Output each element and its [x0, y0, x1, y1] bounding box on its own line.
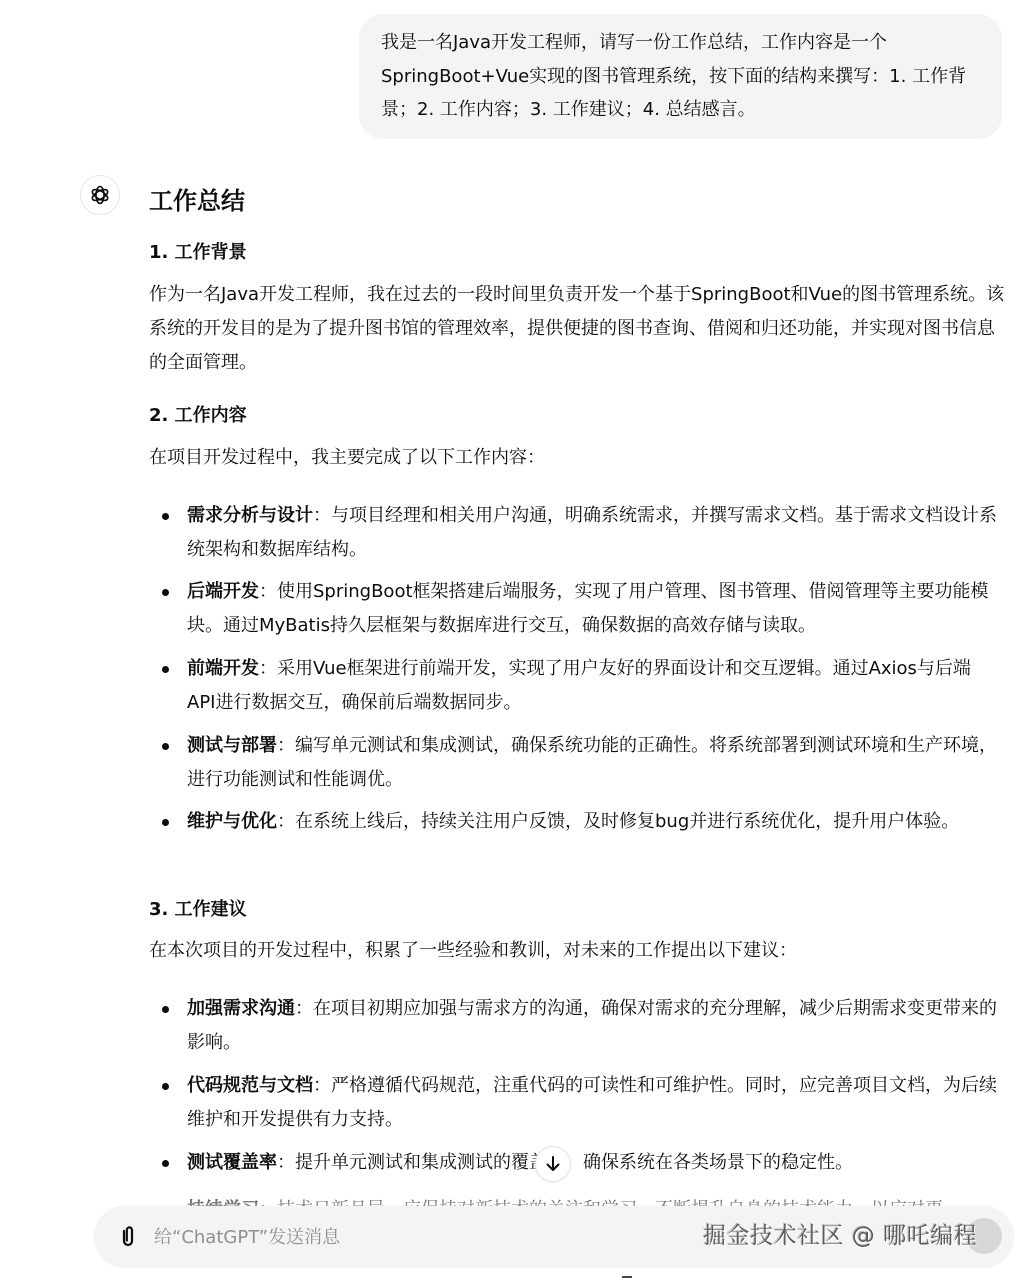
user-message-bubble: 我是一名Java开发工程师，请写一份工作总结，工作内容是一个SpringBoot…: [359, 14, 1002, 139]
list-item-text: ：采用Vue框架进行前端开发，实现了用户友好的界面设计和交互逻辑。通过Axios…: [187, 658, 971, 713]
scroll-to-bottom-button[interactable]: [535, 1146, 571, 1182]
bullet-dot: [162, 743, 169, 750]
list-item-text: ：编写单元测试和集成测试，确保系统功能的正确性。将系统部署到测试环境和生产环境，…: [187, 735, 997, 790]
bullet-dot: [162, 666, 169, 673]
list-item-label: 维护与优化: [187, 811, 277, 832]
send-button[interactable]: [966, 1218, 1002, 1254]
section-heading-suggestions: 3. 工作建议: [149, 895, 247, 925]
message-composer: [94, 1206, 1014, 1268]
list-item: 维护与优化：在系统上线后，持续关注用户反馈，及时修复bug并进行系统优化，提升用…: [149, 805, 1009, 839]
list-item-label: 后端开发: [187, 581, 259, 602]
arrow-down-icon: [544, 1155, 562, 1173]
list-item: 需求分析与设计：与项目经理和相关用户沟通，明确系统需求，并撰写需求文档。基于需求…: [149, 499, 1009, 567]
list-item-label: 需求分析与设计: [187, 505, 313, 526]
section-paragraph-background: 作为一名Java开发工程师，我在过去的一段时间里负责开发一个基于SpringBo…: [149, 278, 1009, 380]
bullet-dot: [162, 513, 169, 520]
section-paragraph-suggestions: 在本次项目的开发过程中，积累了一些经验和教训，对未来的工作提出以下建议：: [149, 934, 1009, 968]
user-message-text: 我是一名Java开发工程师，请写一份工作总结，工作内容是一个SpringBoot…: [381, 32, 966, 120]
list-item-text: ：使用SpringBoot框架搭建后端服务，实现了用户管理、图书管理、借阅管理等…: [187, 581, 989, 636]
list-item-label: 代码规范与文档: [187, 1075, 313, 1096]
bullet-dot: [162, 589, 169, 596]
list-item-label: 测试覆盖率: [187, 1152, 277, 1173]
message-input[interactable]: [154, 1222, 654, 1252]
list-item-label: 前端开发: [187, 658, 259, 679]
list-item-label: 测试与部署: [187, 735, 277, 756]
list-item-text: ：在项目初期应加强与需求方的沟通，确保对需求的充分理解，减少后期需求变更带来的影…: [187, 998, 997, 1053]
paperclip-icon: [117, 1225, 139, 1249]
bullet-dot: [162, 1160, 169, 1167]
bullet-dot: [162, 819, 169, 826]
response-title: 工作总结: [149, 183, 245, 219]
list-item-text: ：在系统上线后，持续关注用户反馈，及时修复bug并进行系统优化，提升用户体验。: [277, 811, 959, 832]
list-item: 测试与部署：编写单元测试和集成测试，确保系统功能的正确性。将系统部署到测试环境和…: [149, 729, 1009, 797]
bullet-dot: [162, 1006, 169, 1013]
list-item: 加强需求沟通：在项目初期应加强与需求方的沟通，确保对需求的充分理解，减少后期需求…: [149, 992, 1009, 1060]
bullet-dot: [162, 1083, 169, 1090]
list-item: 测试覆盖率：提升单元测试和集成测试的覆盖率，确保系统在各类场景下的稳定性。: [149, 1146, 1009, 1180]
list-item: 后端开发：使用SpringBoot框架搭建后端服务，实现了用户管理、图书管理、借…: [149, 575, 1009, 643]
assistant-avatar: [80, 175, 120, 215]
list-item: 前端开发：采用Vue框架进行前端开发，实现了用户友好的界面设计和交互逻辑。通过A…: [149, 652, 1009, 720]
list-item: 代码规范与文档：严格遵循代码规范，注重代码的可读性和可维护性。同时，应完善项目文…: [149, 1069, 1009, 1137]
section-paragraph-content: 在项目开发过程中，我主要完成了以下工作内容：: [149, 441, 1009, 475]
bottom-indicator: [622, 1276, 632, 1278]
list-item-label: 加强需求沟通: [187, 998, 295, 1019]
section-heading-background: 1. 工作背景: [149, 238, 247, 268]
attach-button[interactable]: [114, 1223, 142, 1251]
section-heading-content: 2. 工作内容: [149, 401, 247, 431]
openai-logo-icon: [88, 183, 112, 207]
